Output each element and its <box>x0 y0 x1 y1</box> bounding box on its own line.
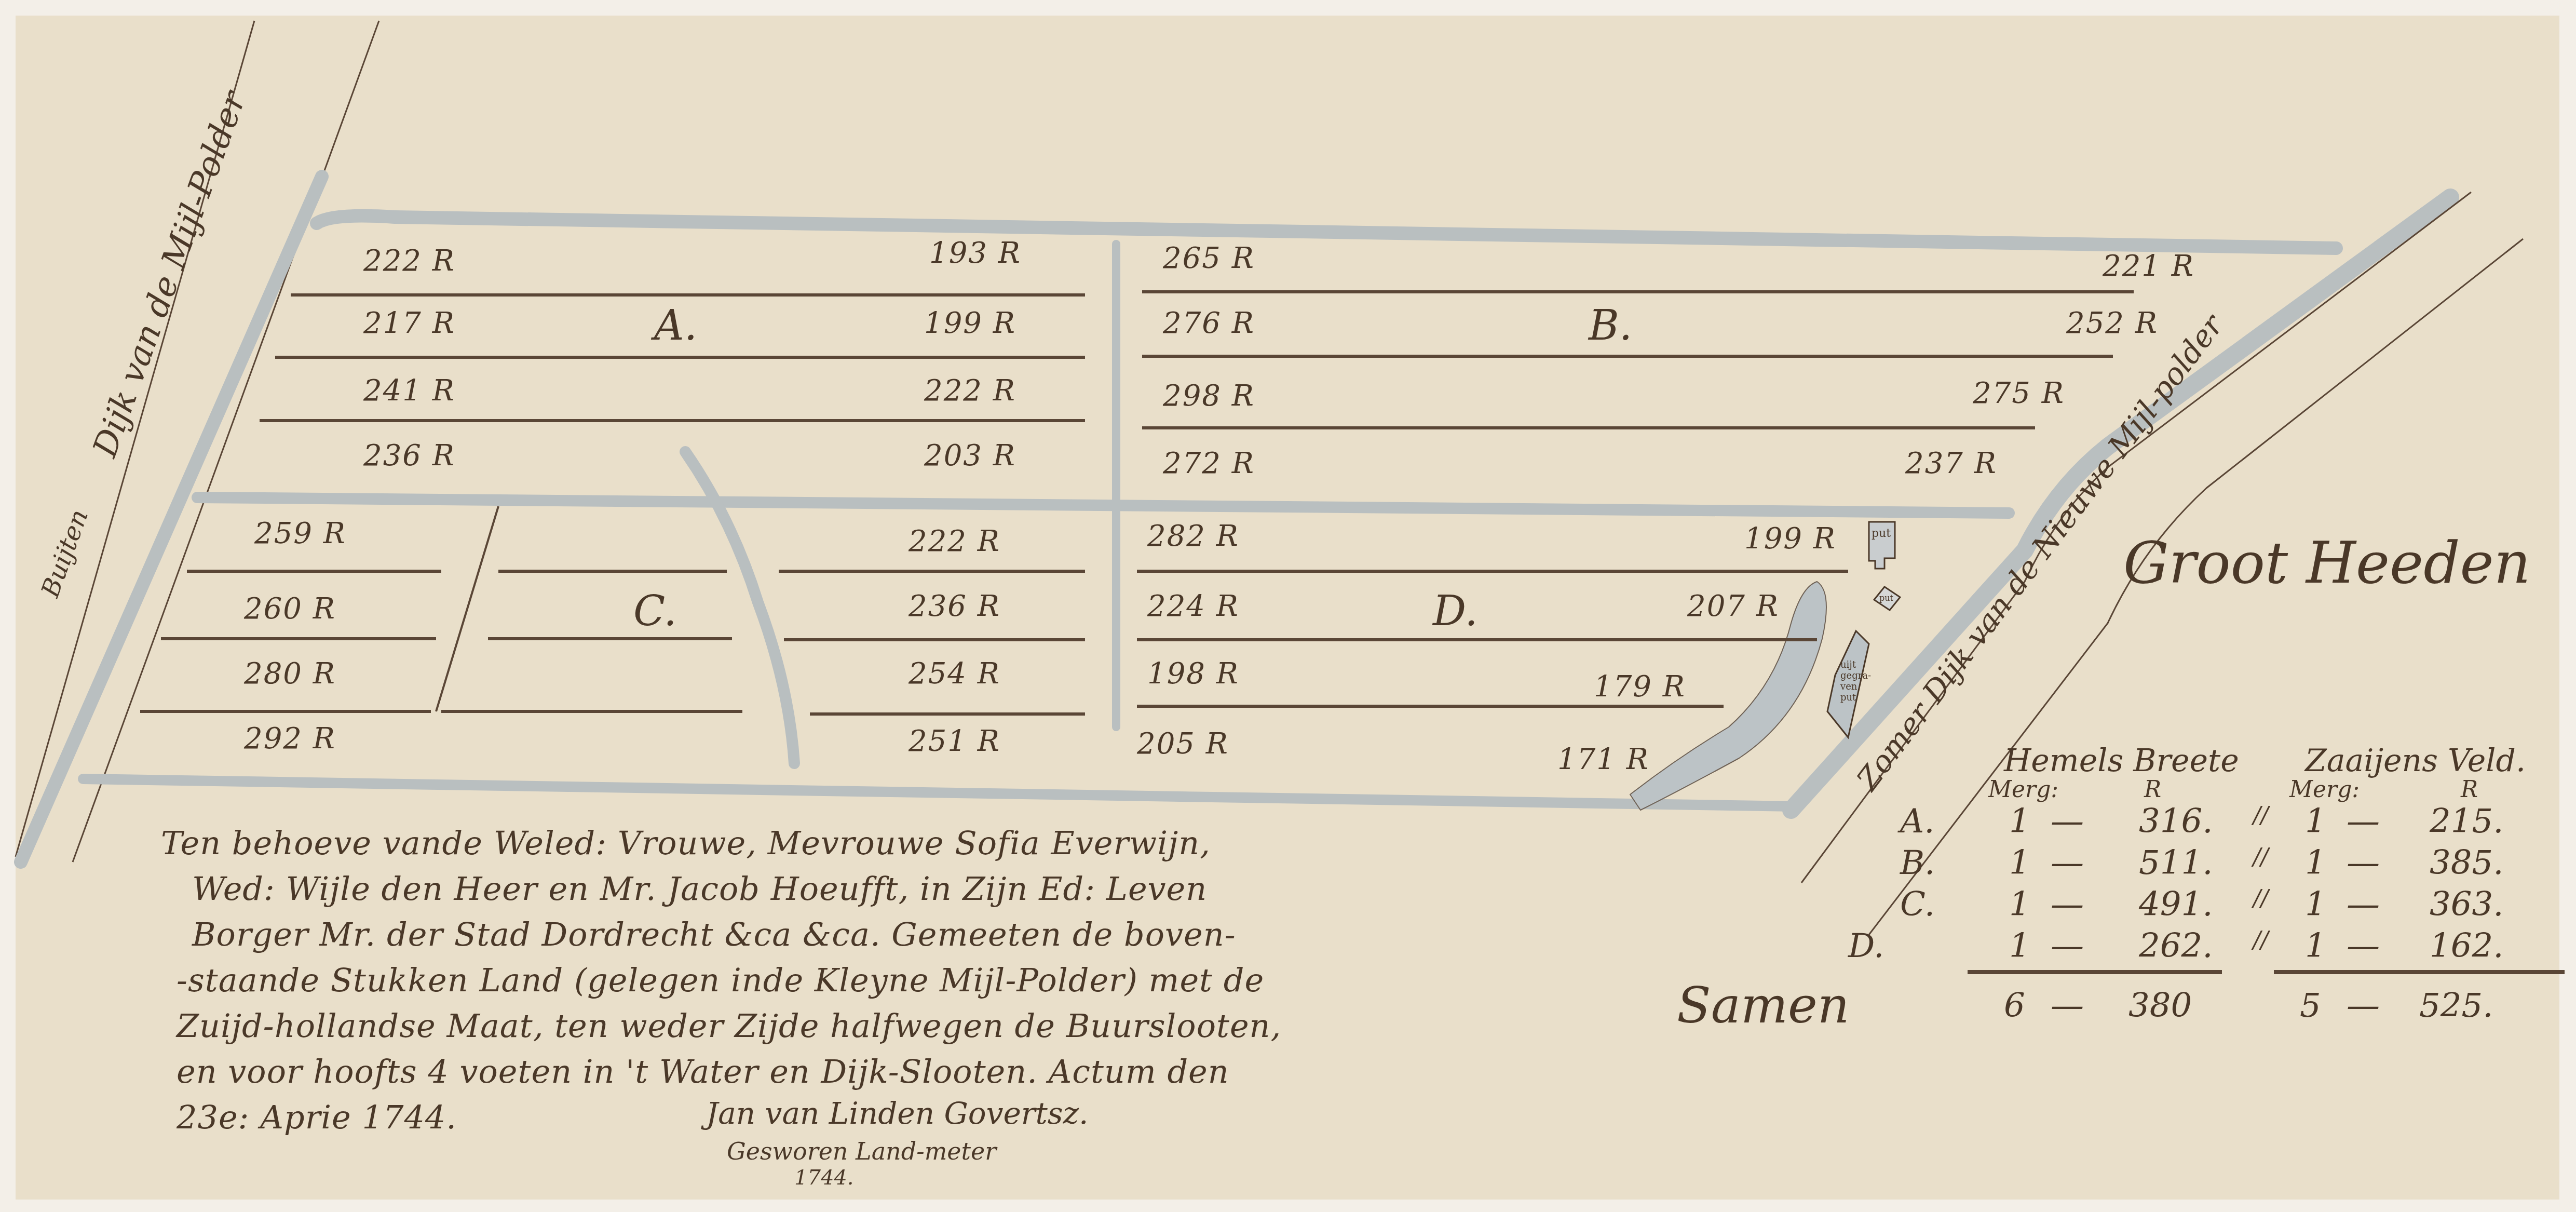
rod-label: 282 R <box>1147 519 1239 553</box>
total-hb-rod: 380 <box>2128 987 2192 1025</box>
col-header-zaaijens-veld: Zaaijens Veld. <box>2305 743 2526 779</box>
dash: — <box>2051 885 2084 924</box>
cell-hb-merg: 1 <box>2009 802 2030 841</box>
rod-label: 265 R <box>1163 241 1255 275</box>
rod-label: 198 R <box>1147 657 1239 691</box>
rod-label: 222 R <box>363 244 455 278</box>
section-letter-c: C. <box>633 587 677 635</box>
rod-label: 236 R <box>363 439 455 473</box>
row-section: B. <box>1900 844 1935 882</box>
row-section: C. <box>1900 885 1935 924</box>
cell-hb-merg: 1 <box>2009 927 2030 965</box>
ditto-mark: // <box>2253 885 2269 912</box>
top-ditch-water <box>317 216 2336 248</box>
cell-zv-rod: 215. <box>2430 802 2504 841</box>
inscription-line: Wed: Wijle den Heer en Mr. Jacob Hoeufft… <box>161 866 1281 912</box>
rod-label: 199 R <box>1744 522 1836 556</box>
rod-label: 203 R <box>924 439 1016 473</box>
inscription: Ten behoeve vande Weled: Vrouwe, Mevrouw… <box>161 820 1281 1140</box>
rod-label: 207 R <box>1687 589 1779 623</box>
rod-label: 298 R <box>1163 379 1255 413</box>
rod-label: 280 R <box>244 657 336 691</box>
house-label: put <box>1872 527 1891 540</box>
total-label: Samen <box>1677 976 1850 1034</box>
sluice-label: uijt gegra- ven put <box>1840 659 1872 703</box>
section-letter-d: D. <box>1433 587 1478 635</box>
row-section: D. <box>1848 927 1884 965</box>
dash: — <box>2347 885 2380 924</box>
total-zv-rod: 525. <box>2419 987 2493 1025</box>
inscription-line: -staande Stukken Land (gelegen inde Kley… <box>161 958 1281 1003</box>
dash: — <box>2051 927 2084 965</box>
cell-hb-rod: 491. <box>2139 885 2213 924</box>
cell-hb-rod: 511. <box>2139 844 2213 882</box>
cell-zv-rod: 385. <box>2430 844 2504 882</box>
col-header-hemels-breete: Hemels Breete <box>2004 743 2239 779</box>
rod-label: 222 R <box>909 524 1000 558</box>
rod-label: 221 R <box>2103 249 2194 283</box>
rod-label: 241 R <box>363 374 455 408</box>
bottom-ditch-water <box>83 779 1796 806</box>
section-letter-b: B. <box>1589 301 1632 349</box>
rod-label: 224 R <box>1147 589 1239 623</box>
subheader-merg: Merg: <box>2289 776 2360 803</box>
rod-label: 252 R <box>2066 306 2158 340</box>
region-label: Groot Heeden <box>2123 530 2531 596</box>
rod-label: 275 R <box>1973 376 2065 410</box>
cell-zv-merg: 1 <box>2305 844 2326 882</box>
cell-zv-merg: 1 <box>2305 927 2326 965</box>
total-hb-merg: 6 <box>2004 987 2025 1025</box>
rod-label: 217 R <box>363 306 455 340</box>
signature: Jan van Linden Govertsz. <box>706 1096 1089 1131</box>
signature-title: Gesworen Land-meter <box>727 1137 996 1165</box>
dash: — <box>2051 802 2084 841</box>
section-letter-a: A. <box>654 301 697 349</box>
dash: — <box>2051 987 2084 1025</box>
total-rule <box>1968 970 2222 974</box>
ditto-mark: // <box>2253 844 2269 870</box>
total-rule <box>2274 970 2565 974</box>
cell-hb-merg: 1 <box>2009 844 2030 882</box>
right-ditch-water <box>1791 197 2450 810</box>
subheader-merg: Merg: <box>1988 776 2058 803</box>
cell-hb-rod: 262. <box>2139 927 2213 965</box>
cell-zv-rod: 162. <box>2430 927 2504 965</box>
rod-label: 272 R <box>1163 447 1255 480</box>
rod-label: 193 R <box>929 236 1021 270</box>
rod-label: 259 R <box>254 517 346 550</box>
subheader-rod: R <box>2461 776 2478 803</box>
inscription-line: en voor hoofts 4 voeten in 't Water en D… <box>161 1049 1281 1095</box>
shed-label: put <box>1879 593 1893 603</box>
rod-label: 171 R <box>1557 743 1649 776</box>
dash: — <box>2051 844 2084 882</box>
rod-label: 292 R <box>244 722 336 756</box>
dash: — <box>2347 844 2380 882</box>
row-section: A. <box>1900 802 1935 841</box>
rod-label: 222 R <box>924 374 1016 408</box>
ditto-mark: // <box>2253 927 2269 953</box>
rod-label: 199 R <box>924 306 1016 340</box>
signature-year: 1744. <box>794 1166 854 1190</box>
rod-label: 260 R <box>244 592 336 626</box>
middle-ditch-water <box>197 497 2009 513</box>
subheader-rod: R <box>2144 776 2161 803</box>
rod-label: 205 R <box>1137 727 1229 761</box>
inscription-line: Ten behoeve vande Weled: Vrouwe, Mevrouw… <box>161 820 1281 866</box>
inscription-line: Borger Mr. der Stad Dordrecht &ca &ca. G… <box>161 912 1281 958</box>
cell-zv-merg: 1 <box>2305 885 2326 924</box>
rod-label: 237 R <box>1905 447 1997 480</box>
cell-zv-merg: 1 <box>2305 802 2326 841</box>
cell-hb-rod: 316. <box>2139 802 2213 841</box>
total-zv-merg: 5 <box>2300 987 2321 1025</box>
dash: — <box>2347 927 2380 965</box>
dash: — <box>2347 987 2380 1025</box>
rod-label: 179 R <box>1594 670 1686 704</box>
cell-zv-rod: 363. <box>2430 885 2504 924</box>
inscription-line: Zuijd-hollandse Maat, ten weder Zijde ha… <box>161 1003 1281 1049</box>
rod-label: 276 R <box>1163 306 1255 340</box>
ditto-mark: // <box>2253 802 2269 829</box>
rod-label: 236 R <box>909 589 1000 623</box>
dash: — <box>2347 802 2380 841</box>
rod-label: 254 R <box>909 657 1000 691</box>
cell-hb-merg: 1 <box>2009 885 2030 924</box>
rod-label: 251 R <box>909 724 1000 758</box>
